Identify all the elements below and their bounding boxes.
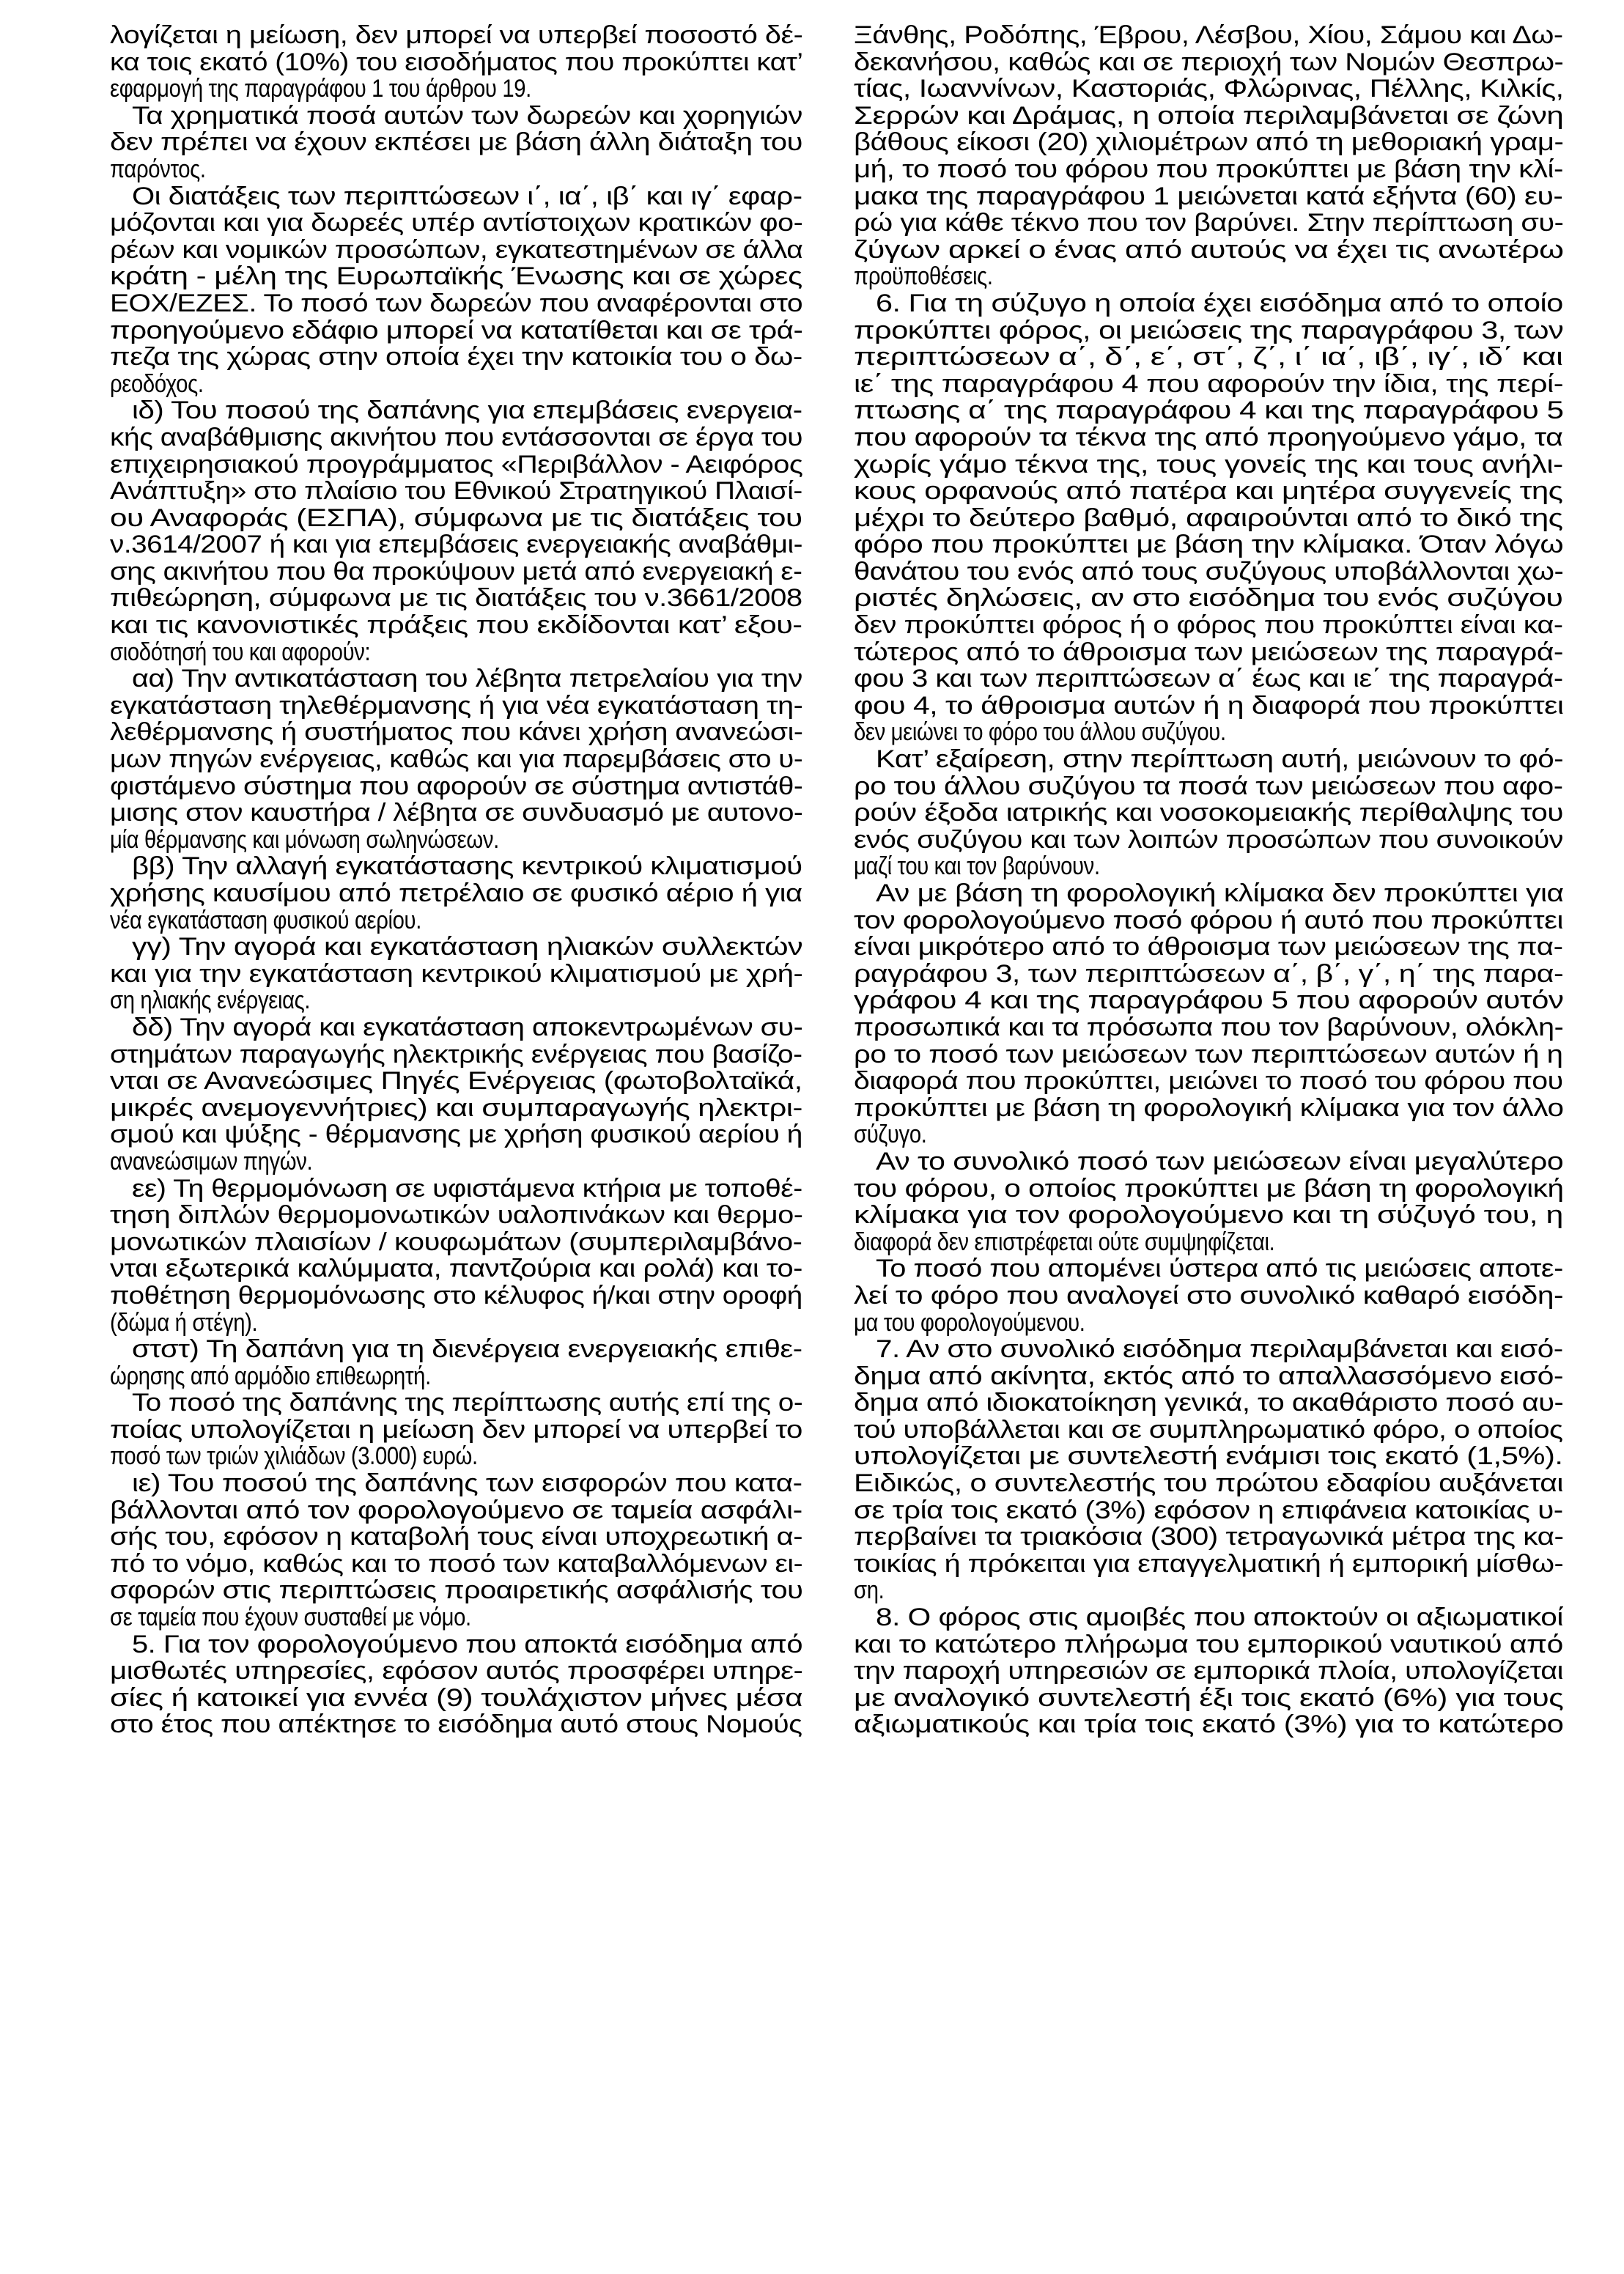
text-line-content: περιπτώσεων α΄, δ΄, ε΄, στ΄, ζ΄, ι΄ ια΄,… — [854, 344, 1562, 371]
text-line: υπολογίζεται με συντελεστή ενάμισι τοις … — [854, 1443, 1563, 1470]
text-line-content: ρο το ποσό των μειώσεων των περιπτώσεων … — [854, 1041, 1562, 1068]
text-line-content: ποσό των τριών χιλιάδων (3.000) ευρώ. — [110, 1443, 478, 1470]
text-line-content: δεκανήσου, καθώς και σε περιοχή των Νομώ… — [854, 49, 1563, 76]
text-line-content: παρόντος. — [110, 156, 206, 183]
text-line-content: σύζυγο. — [854, 1121, 927, 1148]
text-line: βάλλονται από τον φορολογούμενο σε ταμεί… — [110, 1497, 802, 1524]
text-line: 7. Αν στο συνολικό εισόδημα περιλαμβάνετ… — [854, 1336, 1563, 1363]
text-line: Οι διατάξεις των περιπτώσεων ι΄, ια΄, ιβ… — [110, 183, 802, 210]
text-line: σύζυγο. — [854, 1121, 1563, 1148]
text-line: δεν πρέπει να έχουν εκπέσει με βάση άλλη… — [110, 129, 802, 156]
text-line-content: διαφορά που προκύπτει, μειώνει το ποσό τ… — [854, 1068, 1563, 1095]
text-line: κα τοις εκατό (10%) του εισοδήματος που … — [110, 49, 802, 76]
text-line: Αν με βάση τη φορολογική κλίμακα δεν προ… — [854, 880, 1563, 907]
text-line: ρο το ποσό των μειώσεων των περιπτώσεων … — [854, 1041, 1563, 1068]
text-line-content: στστ) Τη δαπάνη για τη διενέργεια ενεργε… — [132, 1336, 802, 1363]
text-line-content: δεν πρέπει να έχουν εκπέσει με βάση άλλη… — [110, 129, 802, 156]
text-line: και για την εγκατάσταση κεντρικού κλιματ… — [110, 961, 802, 988]
text-line: αξιωματικούς και τρία τοις εκατό (3%) γι… — [854, 1711, 1563, 1738]
text-line: ποσό των τριών χιλιάδων (3.000) ευρώ. — [110, 1443, 802, 1470]
text-line: μων πηγών ενέργειας, καθώς και για παρεμ… — [110, 746, 802, 773]
text-line-content: κα τοις εκατό (10%) του εισοδήματος που … — [110, 49, 802, 76]
text-line: ση ηλιακής ενέργειας. — [110, 987, 802, 1014]
text-line: σφορών στις περιπτώσεις προαιρετικής ασφ… — [110, 1577, 802, 1604]
text-line: κους ορφανούς από πατέρα και μητέρα συγγ… — [854, 478, 1563, 505]
text-line-content: ενός συζύγου και των λοιπών προσώπων που… — [854, 827, 1563, 854]
text-line-content: Το ποσό που απομένει ύστερα από τις μειώ… — [876, 1255, 1563, 1282]
text-line-content: ποίας υπολογίζεται η μείωση δεν μπορεί ν… — [110, 1417, 802, 1444]
text-line: περιπτώσεων α΄, δ΄, ε΄, στ΄, ζ΄, ι΄ ια΄,… — [854, 344, 1563, 371]
text-line: δημα από ιδιοκατοίκηση γενικά, το ακαθάρ… — [854, 1389, 1563, 1417]
text-line-content: ΕΟΧ/ΕΖΕΣ. Το ποσό των δωρεών που αναφέρο… — [110, 290, 802, 317]
text-line: Ξάνθης, Ροδόπης, Έβρου, Λέσβου, Χίου, Σά… — [854, 22, 1563, 49]
text-line-content: πιθεώρηση, σύμφωνα με τις διατάξεις του … — [110, 585, 802, 612]
text-line: λογίζεται η μείωση, δεν μπορεί να υπερβε… — [110, 22, 802, 49]
text-line-content: εφαρμογή της παραγράφου 1 του άρθρου 19. — [110, 75, 531, 103]
text-line-content: μα του φορολογούμενου. — [854, 1310, 1085, 1337]
text-line-content: ρεοδόχος. — [110, 371, 204, 398]
text-line: και τις κανονιστικές πράξεις που εκδίδον… — [110, 612, 802, 639]
text-line-content: κράτη - μέλη της Ευρωπαϊκής Ένωσης και σ… — [110, 263, 802, 290]
text-line-content: γράφου 4 και της παραγράφου 5 που αφορού… — [854, 987, 1563, 1014]
text-line-content: ββ) Την αλλαγή εγκατάστασης κεντρικού κλ… — [132, 853, 802, 880]
text-line: διαφορά δεν επιστρέφεται ούτε συμψηφίζετ… — [854, 1229, 1563, 1256]
text-line: μόζονται και για δωρεές υπέρ αντίστοιχων… — [110, 210, 802, 237]
text-line-content: προσωπικά και τα πρόσωπα που τον βαρύνου… — [854, 1014, 1563, 1041]
text-line-content: μέχρι το δεύτερο βαθμό, αφαιρούνται από … — [854, 505, 1563, 532]
text-line: ρούν έξοδα ιατρικής και νοσοκομειακής πε… — [854, 800, 1563, 827]
text-line-content: δδ) Την αγορά και εγκατάσταση αποκεντρωμ… — [132, 1014, 802, 1041]
text-line: (δώμα ή στέγη). — [110, 1310, 802, 1337]
text-line: μή, το ποσό του φόρου που προκύπτει με β… — [854, 156, 1563, 183]
text-line-content: σε ταμεία που έχουν συσταθεί με νόμο. — [110, 1604, 471, 1631]
text-line-content: στημάτων παραγωγής ηλεκτρικής ενέργειας … — [110, 1041, 802, 1068]
text-line-content: προηγούμενο εδάφιο μπορεί να κατατίθεται… — [110, 317, 802, 344]
text-line: Σερρών και Δράμας, η οποία περιλαμβάνετα… — [854, 103, 1563, 130]
text-line-content: ιε) Του ποσού της δαπάνης των εισφορών π… — [132, 1470, 802, 1497]
text-line-content: τηση διπλών θερμομονωτικών υαλοπινάκων κ… — [110, 1202, 802, 1229]
text-line: μονωτικών πλαισίων / κουφωμάτων (συμπερι… — [110, 1229, 802, 1256]
text-line: μισης στον καυστήρα / λέβητα σε συνδυασμ… — [110, 800, 802, 827]
text-line-content: νται εξωτερικά καλύμματα, παντζούρια και… — [110, 1255, 802, 1282]
text-line: παρόντος. — [110, 156, 802, 183]
text-line: του φόρου, ο οποίος προκύπτει με βάση τη… — [854, 1175, 1563, 1203]
text-line-content: του φόρου, ο οποίος προκύπτει με βάση τη… — [854, 1175, 1564, 1203]
text-line-content: ρούν έξοδα ιατρικής και νοσοκομειακής πε… — [854, 800, 1563, 827]
text-line: χωρίς γάμο τέκνα της, τους γονείς της κα… — [854, 451, 1563, 479]
text-line: Ειδικώς, ο συντελεστής του πρώτου εδαφίο… — [854, 1470, 1563, 1497]
text-line-content: τίας, Ιωαννίνων, Καστοριάς, Φλώρινας, Πέ… — [854, 75, 1564, 103]
text-line-content: σε τρία τοις εκατό (3%) εφόσον η επιφάνε… — [854, 1497, 1563, 1524]
text-line-content: φιστάμενο σύστημα που αφορούν σε σύστημα… — [110, 773, 802, 800]
text-line-content: ρέων και νομικών προσώπων, εγκατεστημένω… — [110, 237, 802, 264]
text-line: Κατ’ εξαίρεση, στην περίπτωση αυτή, μειώ… — [854, 746, 1563, 773]
text-line: Αν το συνολικό ποσό των μειώσεων είναι μ… — [854, 1148, 1563, 1175]
text-line-content: με αναλογικό συντελεστή έξι τοις εκατό (… — [854, 1685, 1563, 1712]
text-line-content: Ξάνθης, Ροδόπης, Έβρου, Λέσβου, Χίου, Σά… — [854, 22, 1563, 49]
text-line-content: προκύπτει με βάση τη φορολογική κλίμακα … — [854, 1095, 1564, 1122]
text-line-content: ποθέτηση θερμομόνωσης στο κέλυφος ή/και … — [110, 1282, 802, 1310]
text-line-content: ρο του άλλου συζύγου τα ποσά των μειώσεω… — [854, 773, 1563, 800]
text-line-content: εε) Τη θερμομόνωση σε υφιστάμενα κτήρια … — [132, 1175, 802, 1203]
text-line: σης ακινήτου που θα προκύψουν μετά από ε… — [110, 558, 802, 586]
text-line-content: (δώμα ή στέγη). — [110, 1310, 257, 1337]
text-line-content: στο έτος που απέκτησε το εισόδημα αυτό σ… — [110, 1711, 802, 1738]
text-line: ώρησης από αρμόδιο επιθεωρητή. — [110, 1363, 802, 1390]
text-line-content: ση. — [854, 1577, 884, 1604]
text-line: σίες ή κατοικεί για εννέα (9) τουλάχιστο… — [110, 1685, 802, 1712]
text-line-content: σιοδότησή του και αφορούν: — [110, 639, 370, 666]
text-line-content: και για την εγκατάσταση κεντρικού κλιματ… — [110, 961, 802, 988]
text-line-content: νέα εγκατάσταση φυσικού αερίου. — [110, 907, 421, 934]
text-line: φιστάμενο σύστημα που αφορούν σε σύστημα… — [110, 773, 802, 800]
text-line: τηση διπλών θερμομονωτικών υαλοπινάκων κ… — [110, 1202, 802, 1229]
text-line-content: προκύπτει φόρος, οι μειώσεις της παραγρά… — [854, 317, 1563, 344]
text-line: ποίας υπολογίζεται η μείωση δεν μπορεί ν… — [110, 1417, 802, 1444]
text-line-content: ου Αναφοράς (ΕΣΠΑ), σύμφωνα με τις διατά… — [110, 505, 802, 532]
text-line: φου 3 και των περιπτώσεων α΄ έως και ιε΄… — [854, 665, 1563, 693]
text-line: τίας, Ιωαννίνων, Καστοριάς, Φλώρινας, Πέ… — [854, 75, 1563, 103]
text-line-content: μόζονται και για δωρεές υπέρ αντίστοιχων… — [110, 210, 802, 237]
text-line: κράτη - μέλη της Ευρωπαϊκής Ένωσης και σ… — [110, 263, 802, 290]
text-line: τού υποβάλλεται και σε συμπληρωματικό φό… — [854, 1417, 1563, 1444]
text-line-content: μονωτικών πλαισίων / κουφωμάτων (συμπερι… — [110, 1229, 802, 1256]
text-line: βάθους είκοσι (20) χιλιομέτρων από τη με… — [854, 129, 1563, 156]
text-line: σής του, εφόσον η καταβολή τους είναι υπ… — [110, 1524, 802, 1551]
text-line: μαζί του και τον βαρύνουν. — [854, 853, 1563, 880]
text-line-content: κους ορφανούς από πατέρα και μητέρα συγγ… — [854, 478, 1562, 505]
text-line: ν.3614/2007 ή και για επεμβάσεις ενεργει… — [110, 531, 802, 558]
text-line: προσωπικά και τα πρόσωπα που τον βαρύνου… — [854, 1014, 1563, 1041]
text-line: τον φορολογούμενο ποσό φόρου ή αυτό που … — [854, 907, 1563, 934]
text-line-content: βάθους είκοσι (20) χιλιομέτρων από τη με… — [854, 129, 1563, 156]
text-line-content: κλίμακα για τον φορολογούμενο και τη σύζ… — [854, 1202, 1563, 1229]
text-line-content: προϋποθέσεις. — [854, 263, 993, 290]
text-line-content: κής αναβάθμισης ακινήτου που εντάσσονται… — [110, 424, 802, 451]
text-line: τώτερος από το άθροισμα των μειώσεων της… — [854, 639, 1563, 666]
text-line: μικρές ανεμογεννήτριες) και συμπαραγωγής… — [110, 1095, 802, 1122]
text-line: φου 4, το άθροισμα αυτών ή η διαφορά που… — [854, 693, 1563, 720]
text-line-content: πεζα της χώρας στην οποία έχει την κατοι… — [110, 344, 802, 371]
text-line-content: διαφορά δεν επιστρέφεται ούτε συμψηφίζετ… — [854, 1229, 1274, 1256]
text-line: κλίμακα για τον φορολογούμενο και τη σύζ… — [854, 1202, 1563, 1229]
text-line-content: Αν με βάση τη φορολογική κλίμακα δεν προ… — [876, 880, 1564, 907]
text-line-content: φόρο που προκύπτει με βάση την κλίμακα. … — [854, 531, 1563, 558]
text-line: την παροχή υπηρεσιών σε εμπορικά πλοία, … — [854, 1658, 1563, 1685]
text-line: τοικίας ή πρόκειται για επαγγελματική ή … — [854, 1551, 1563, 1578]
text-line-content: περβαίνει τα τριακόσια (300) τετραγωνικά… — [854, 1524, 1564, 1551]
text-line-content: μισης στον καυστήρα / λέβητα σε συνδυασμ… — [110, 800, 802, 827]
text-line-content: ρώ για κάθε τέκνο που τον βαρύνει. Στην … — [854, 210, 1563, 237]
text-line: 5. Για τον φορολογούμενο που αποκτά εισό… — [110, 1631, 802, 1658]
text-line: μισθωτές υπηρεσίες, εφόσον αυτός προσφέρ… — [110, 1658, 802, 1685]
text-line-content: ανανεώσιμων πηγών. — [110, 1148, 312, 1175]
text-line: σιοδότησή του και αφορούν: — [110, 639, 802, 666]
text-line: μα του φορολογούμενου. — [854, 1310, 1563, 1337]
text-line: προϋποθέσεις. — [854, 263, 1563, 290]
text-line-content: τοικίας ή πρόκειται για επαγγελματική ή … — [854, 1551, 1563, 1578]
text-line: διαφορά που προκύπτει, μειώνει το ποσό τ… — [854, 1068, 1563, 1095]
text-line-content: και τις κανονιστικές πράξεις που εκδίδον… — [110, 612, 802, 639]
text-line: αα) Την αντικατάσταση του λέβητα πετρελα… — [110, 665, 802, 693]
text-line-content: αξιωματικούς και τρία τοις εκατό (3%) γι… — [854, 1711, 1563, 1738]
text-line-content: δημα από ακίνητα, εκτός από το απαλλασσό… — [854, 1363, 1563, 1390]
text-line: Τα χρηματικά ποσά αυτών των δωρεών και χ… — [110, 103, 802, 130]
text-line-content: είναι μικρότερο από το άθροισμα των μειώ… — [854, 934, 1563, 961]
text-line: προκύπτει φόρος, οι μειώσεις της παραγρά… — [854, 317, 1563, 344]
text-line: πό το νόμο, καθώς και το ποσό των καταβα… — [110, 1551, 802, 1578]
text-line: ριστές δηλώσεις, αν στο εισόδημα του ενό… — [854, 585, 1563, 612]
text-line: επιχειρησιακού προγράμματος «Περιβάλλον … — [110, 451, 802, 479]
text-line: μία θέρμανσης και μόνωση σωληνώσεων. — [110, 827, 802, 854]
text-line-content: σίες ή κατοικεί για εννέα (9) τουλάχιστο… — [110, 1685, 802, 1712]
text-line-content: νται σε Ανανεώσιμες Πηγές Ενέργειας (φωτ… — [110, 1068, 802, 1095]
text-line: γράφου 4 και της παραγράφου 5 που αφορού… — [854, 987, 1563, 1014]
text-line: Ανάπτυξη» στο πλαίσιο του Εθνικού Στρατη… — [110, 478, 802, 505]
text-line: εγκατάσταση τηλεθέρμανσης ή για νέα εγκα… — [110, 693, 802, 720]
text-line: νται εξωτερικά καλύμματα, παντζούρια και… — [110, 1255, 802, 1282]
text-line: στημάτων παραγωγής ηλεκτρικής ενέργειας … — [110, 1041, 802, 1068]
text-line-content: σμού και ψύξης - θέρμανσης με χρήση φυσι… — [110, 1121, 802, 1148]
text-line: λεί το φόρο που αναλογεί στο συνολικό κα… — [854, 1282, 1563, 1310]
text-line-content: μικρές ανεμογεννήτριες) και συμπαραγωγής… — [110, 1095, 802, 1122]
text-line: στστ) Τη δαπάνη για τη διενέργεια ενεργε… — [110, 1336, 802, 1363]
text-line-content: πό το νόμο, καθώς και το ποσό των καταβα… — [110, 1551, 802, 1578]
text-line-content: μία θέρμανσης και μόνωση σωληνώσεων. — [110, 827, 499, 854]
text-line: ρεοδόχος. — [110, 371, 802, 398]
text-line: ενός συζύγου και των λοιπών προσώπων που… — [854, 827, 1563, 854]
text-line-content: δεν προκύπτει φόρος ή ο φόρος που προκύπ… — [854, 612, 1563, 639]
text-line: μακα της παραγράφου 1 μειώνεται κατά εξή… — [854, 183, 1563, 210]
text-line: δεκανήσου, καθώς και σε περιοχή των Νομώ… — [854, 49, 1563, 76]
text-line: ποθέτηση θερμομόνωσης στο κέλυφος ή/και … — [110, 1282, 802, 1310]
text-line-content: Ανάπτυξη» στο πλαίσιο του Εθνικού Στρατη… — [110, 478, 802, 505]
text-line: ου Αναφοράς (ΕΣΠΑ), σύμφωνα με τις διατά… — [110, 505, 802, 532]
text-line: πιθεώρηση, σύμφωνα με τις διατάξεις του … — [110, 585, 802, 612]
text-line: Το ποσό της δαπάνης της περίπτωσης αυτής… — [110, 1389, 802, 1417]
text-line-content: Το ποσό της δαπάνης της περίπτωσης αυτής… — [132, 1389, 802, 1417]
text-line-content: την παροχή υπηρεσιών σε εμπορικά πλοία, … — [854, 1658, 1563, 1685]
text-line-content: 5. Για τον φορολογούμενο που αποκτά εισό… — [132, 1631, 802, 1658]
text-line-content: μισθωτές υπηρεσίες, εφόσον αυτός προσφέρ… — [110, 1658, 802, 1685]
text-line: ραγράφου 3, των περιπτώσεων α΄, β΄, γ΄, … — [854, 961, 1563, 988]
text-line: στο έτος που απέκτησε το εισόδημα αυτό σ… — [110, 1711, 802, 1738]
text-line-content: λεί το φόρο που αναλογεί στο συνολικό κα… — [854, 1282, 1563, 1310]
text-line-content: μακα της παραγράφου 1 μειώνεται κατά εξή… — [854, 183, 1562, 210]
text-line: εε) Τη θερμομόνωση σε υφιστάμενα κτήρια … — [110, 1175, 802, 1203]
text-line: 8. Ο φόρος στις αμοιβές που αποκτούν οι … — [854, 1604, 1563, 1631]
text-line-content: μή, το ποσό του φόρου που προκύπτει με β… — [854, 156, 1563, 183]
text-line: περβαίνει τα τριακόσια (300) τετραγωνικά… — [854, 1524, 1563, 1551]
left-text-column: λογίζεται η μείωση, δεν μπορεί να υπερβε… — [110, 22, 802, 1738]
text-line: ση. — [854, 1577, 1563, 1604]
text-line-content: ζύγων αρκεί ο ένας από αυτούς να έχει τι… — [854, 237, 1564, 264]
text-line: ρέων και νομικών προσώπων, εγκατεστημένω… — [110, 237, 802, 264]
text-line: σε ταμεία που έχουν συσταθεί με νόμο. — [110, 1604, 802, 1631]
text-line-content: μαζί του και τον βαρύνουν. — [854, 853, 1100, 880]
text-line: ρο του άλλου συζύγου τα ποσά των μειώσεω… — [854, 773, 1563, 800]
text-line: ρώ για κάθε τέκνο που τον βαρύνει. Στην … — [854, 210, 1563, 237]
text-line-content: τον φορολογούμενο ποσό φόρου ή αυτό που … — [854, 907, 1563, 934]
text-line: κής αναβάθμισης ακινήτου που εντάσσονται… — [110, 424, 802, 451]
text-line-content: δημα από ιδιοκατοίκηση γενικά, το ακαθάρ… — [854, 1389, 1563, 1417]
text-line-content: ση ηλιακής ενέργειας. — [110, 987, 310, 1014]
text-line: εφαρμογή της παραγράφου 1 του άρθρου 19. — [110, 75, 802, 103]
text-line-content: ώρησης από αρμόδιο επιθεωρητή. — [110, 1363, 431, 1390]
text-line-content: θανάτου του ενός από τους συζύγους υποβά… — [854, 558, 1563, 586]
scanned-document-page: λογίζεται η μείωση, δεν μπορεί να υπερβε… — [0, 0, 1624, 2274]
text-line: γγ) Την αγορά και εγκατάσταση ηλιακών συ… — [110, 934, 802, 961]
text-line-content: ιε΄ της παραγράφου 4 που αφορούν την ίδι… — [854, 371, 1563, 398]
text-line-content: φου 4, το άθροισμα αυτών ή η διαφορά που… — [854, 693, 1564, 720]
text-line-content: Ειδικώς, ο συντελεστής του πρώτου εδαφίο… — [854, 1470, 1563, 1497]
text-line: νέα εγκατάσταση φυσικού αερίου. — [110, 907, 802, 934]
text-line: δεν μειώνει το φόρο του άλλου συζύγου. — [854, 719, 1563, 746]
text-line: ιε΄ της παραγράφου 4 που αφορούν την ίδι… — [854, 371, 1563, 398]
text-line-content: εγκατάσταση τηλεθέρμανσης ή για νέα εγκα… — [110, 693, 802, 720]
text-line-content: ιδ) Του ποσού της δαπάνης για επεμβάσεις… — [132, 397, 802, 424]
text-line: ΕΟΧ/ΕΖΕΣ. Το ποσό των δωρεών που αναφέρο… — [110, 290, 802, 317]
text-line-content: υπολογίζεται με συντελεστή ενάμισι τοις … — [854, 1443, 1563, 1470]
text-line-content: ν.3614/2007 ή και για επεμβάσεις ενεργει… — [110, 531, 802, 558]
text-line: που αφορούν τα τέκνα της από προηγούμενο… — [854, 424, 1563, 451]
text-line: Το ποσό που απομένει ύστερα από τις μειώ… — [854, 1255, 1563, 1282]
text-line-content: Κατ’ εξαίρεση, στην περίπτωση αυτή, μειώ… — [876, 746, 1563, 773]
text-line: ζύγων αρκεί ο ένας από αυτούς να έχει τι… — [854, 237, 1563, 264]
text-line: μέχρι το δεύτερο βαθμό, αφαιρούνται από … — [854, 505, 1563, 532]
text-line-content: πτωσης α΄ της παραγράφου 4 και της παραγ… — [854, 397, 1564, 424]
text-line-content: βάλλονται από τον φορολογούμενο σε ταμεί… — [110, 1497, 802, 1524]
text-line-content: ριστές δηλώσεις, αν στο εισόδημα του ενό… — [854, 585, 1562, 612]
text-line-content: γγ) Την αγορά και εγκατάσταση ηλιακών συ… — [132, 934, 802, 961]
text-line-content: σφορών στις περιπτώσεις προαιρετικής ασφ… — [110, 1577, 802, 1604]
text-line-content: λεθέρμανσης ή συστήματος που κάνει χρήση… — [110, 719, 802, 746]
text-line: με αναλογικό συντελεστή έξι τοις εκατό (… — [854, 1685, 1563, 1712]
text-line: και το κατώτερο πλήρωμα του εμπορικού να… — [854, 1631, 1563, 1658]
text-line-content: φου 3 και των περιπτώσεων α΄ έως και ιε΄… — [854, 665, 1563, 693]
text-line-content: Σερρών και Δράμας, η οποία περιλαμβάνετα… — [854, 103, 1563, 130]
text-line-content: Οι διατάξεις των περιπτώσεων ι΄, ια΄, ιβ… — [132, 183, 802, 210]
text-line-content: τού υποβάλλεται και σε συμπληρωματικό φό… — [854, 1417, 1563, 1444]
text-line-content: χωρίς γάμο τέκνα της, τους γονείς της κα… — [854, 451, 1563, 479]
text-line: προηγούμενο εδάφιο μπορεί να κατατίθεται… — [110, 317, 802, 344]
text-line-content: σης ακινήτου που θα προκύψουν μετά από ε… — [110, 558, 802, 586]
text-line: θανάτου του ενός από τους συζύγους υποβά… — [854, 558, 1563, 586]
text-line-content: Αν το συνολικό ποσό των μειώσεων είναι μ… — [876, 1148, 1563, 1175]
text-line-content: δεν μειώνει το φόρο του άλλου συζύγου. — [854, 719, 1226, 746]
text-line: λεθέρμανσης ή συστήματος που κάνει χρήση… — [110, 719, 802, 746]
text-line: σε τρία τοις εκατό (3%) εφόσον η επιφάνε… — [854, 1497, 1563, 1524]
text-line: ιδ) Του ποσού της δαπάνης για επεμβάσεις… — [110, 397, 802, 424]
text-line-content: ραγράφου 3, των περιπτώσεων α΄, β΄, γ΄, … — [854, 961, 1563, 988]
text-line-content: 8. Ο φόρος στις αμοιβές που αποκτούν οι … — [876, 1604, 1563, 1631]
text-line: δεν προκύπτει φόρος ή ο φόρος που προκύπ… — [854, 612, 1563, 639]
text-line: προκύπτει με βάση τη φορολογική κλίμακα … — [854, 1095, 1563, 1122]
text-line-content: αα) Την αντικατάσταση του λέβητα πετρελα… — [132, 665, 802, 693]
text-line-content: σής του, εφόσον η καταβολή τους είναι υπ… — [110, 1524, 802, 1551]
text-line: ββ) Την αλλαγή εγκατάστασης κεντρικού κλ… — [110, 853, 802, 880]
text-line-content: επιχειρησιακού προγράμματος «Περιβάλλον … — [110, 451, 802, 479]
text-line-content: λογίζεται η μείωση, δεν μπορεί να υπερβε… — [110, 22, 802, 49]
text-line: 6. Για τη σύζυγο η οποία έχει εισόδημα α… — [854, 290, 1563, 317]
text-line-content: τώτερος από το άθροισμα των μειώσεων της… — [854, 639, 1563, 666]
text-line: πεζα της χώρας στην οποία έχει την κατοι… — [110, 344, 802, 371]
text-line: είναι μικρότερο από το άθροισμα των μειώ… — [854, 934, 1563, 961]
text-line: χρήσης καυσίμου από πετρέλαιο σε φυσικό … — [110, 880, 802, 907]
text-line: ιε) Του ποσού της δαπάνης των εισφορών π… — [110, 1470, 802, 1497]
text-line-content: που αφορούν τα τέκνα της από προηγούμενο… — [854, 424, 1562, 451]
text-line-content: 7. Αν στο συνολικό εισόδημα περιλαμβάνετ… — [876, 1336, 1563, 1363]
text-line: σμού και ψύξης - θέρμανσης με χρήση φυσι… — [110, 1121, 802, 1148]
text-line: δημα από ακίνητα, εκτός από το απαλλασσό… — [854, 1363, 1563, 1390]
text-line-content: και το κατώτερο πλήρωμα του εμπορικού να… — [854, 1631, 1563, 1658]
text-line-content: χρήσης καυσίμου από πετρέλαιο σε φυσικό … — [110, 880, 802, 907]
text-line-content: Τα χρηματικά ποσά αυτών των δωρεών και χ… — [132, 103, 802, 130]
text-line: δδ) Την αγορά και εγκατάσταση αποκεντρωμ… — [110, 1014, 802, 1041]
text-line: νται σε Ανανεώσιμες Πηγές Ενέργειας (φωτ… — [110, 1068, 802, 1095]
text-line: φόρο που προκύπτει με βάση την κλίμακα. … — [854, 531, 1563, 558]
text-line: ανανεώσιμων πηγών. — [110, 1148, 802, 1175]
right-text-column: Ξάνθης, Ροδόπης, Έβρου, Λέσβου, Χίου, Σά… — [854, 22, 1563, 1738]
text-line-content: 6. Για τη σύζυγο η οποία έχει εισόδημα α… — [876, 290, 1563, 317]
text-line-content: μων πηγών ενέργειας, καθώς και για παρεμ… — [110, 746, 802, 773]
text-line: πτωσης α΄ της παραγράφου 4 και της παραγ… — [854, 397, 1563, 424]
